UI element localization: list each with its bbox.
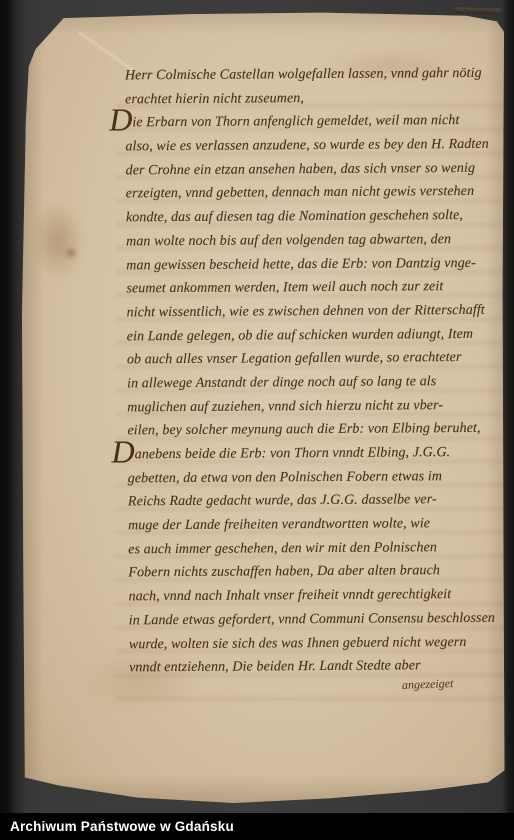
- handwriting-block: Herr Colmische Castellan wolgefallen las…: [125, 62, 514, 681]
- decorated-initial: D: [111, 433, 134, 469]
- page-right-edge-shadow: [503, 0, 514, 813]
- handwriting-line: ein Lande gelegen, ob die auf schicken w…: [127, 322, 513, 348]
- handwriting-line: kondte, das auf diesen tag die Nominatio…: [126, 204, 512, 230]
- handwriting-line: Die Erbarn von Thorn anfenglich gemeldet…: [125, 109, 511, 135]
- handwriting-line: erachtet hierin nicht zuseumen,: [125, 85, 511, 111]
- handwriting-line: Reichs Radte gedacht wurde, das J.G.G. d…: [128, 488, 514, 514]
- handwriting-line: eilen, bey solcher meynung auch die Erb:…: [127, 417, 513, 443]
- archive-watermark-bar: Archiwum Państwowe w Gdańsku: [0, 813, 514, 840]
- handwriting-line: man gewissen bescheid hette, das die Erb…: [126, 251, 512, 277]
- handwriting-line: der Crohne ein etzan ansehen haben, das …: [126, 156, 512, 182]
- archive-watermark-text: Archiwum Państwowe w Gdańsku: [0, 813, 514, 840]
- handwriting-line: Herr Colmische Castellan wolgefallen las…: [125, 62, 511, 88]
- handwriting-line: nach, vnnd nach Inhalt vnser freiheit vn…: [128, 583, 514, 609]
- handwriting-line: wurde, wolten sie sich des was Ihnen geb…: [129, 630, 514, 656]
- page-scan: Herr Colmische Castellan wolgefallen las…: [0, 0, 514, 840]
- handwriting-line: muge der Lande freiheiten verandtwortten…: [128, 512, 514, 538]
- handwriting-line: vnndt entziehenn, Die beiden Hr. Landt S…: [129, 654, 514, 680]
- underlying-page-edge: [454, 7, 502, 15]
- decorated-initial: D: [109, 102, 132, 138]
- handwriting-line: es auch immer geschehen, den wir mit den…: [128, 535, 514, 561]
- handwriting-line: gebetten, da etwa von den Polnischen Fob…: [128, 464, 514, 490]
- handwriting-line: Danebens beide die Erb: von Thorn vnndt …: [128, 441, 514, 467]
- manuscript-page: Herr Colmische Castellan wolgefallen las…: [20, 11, 505, 807]
- handwriting-line: Fobern nichts zuschaffen haben, Da aber …: [128, 559, 514, 585]
- handwriting-line: nicht wissentlich, wie es zwischen dehne…: [127, 299, 513, 325]
- handwriting-line: ob auch alles vnser Legation gefallen wu…: [127, 346, 513, 372]
- handwriting-line: man wolte noch bis auf den volgenden tag…: [126, 227, 512, 253]
- book-gutter-shadow: [0, 0, 26, 813]
- handwriting-line: also, wie es verlassen anzudene, so wurd…: [125, 133, 511, 159]
- catchword: angezeiget: [401, 676, 453, 693]
- handwriting-line: muglichen auf zuziehen, vnnd sich hierzu…: [127, 393, 513, 419]
- handwriting-line: in Lande etwas gefordert, vnnd Communi C…: [129, 606, 514, 632]
- paper-stain: [64, 247, 78, 259]
- handwriting-line: seumet ankommen werden, Item weil auch n…: [126, 275, 512, 301]
- handwriting-line: in allewege Anstandt der dinge noch auf …: [127, 370, 513, 396]
- handwriting-line: erzeigten, vnnd gebetten, dennach man ni…: [126, 180, 512, 206]
- paper-stain: [32, 201, 84, 281]
